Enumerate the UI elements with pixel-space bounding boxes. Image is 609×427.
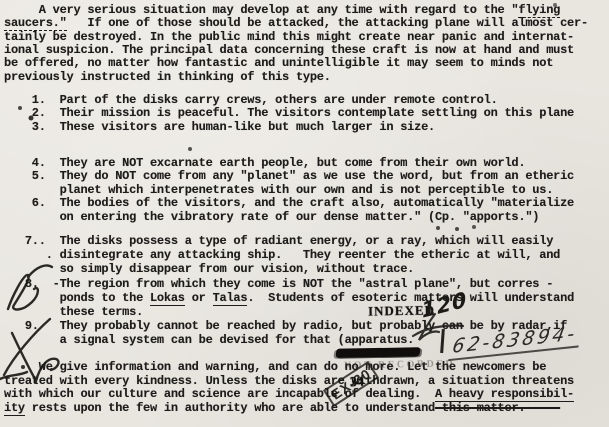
document-line: saucers." If one of those should be atta… [4,17,609,30]
numeric-stamp-34: 34 [350,375,365,392]
document-line: We give information and warning, and can… [4,361,609,375]
document-line: 4. They are NOT excarnate earth people, … [4,157,609,170]
document-line: 5. They do NOT come from any "planet" as… [4,170,609,183]
document-line: planet which interpenetrates with our ow… [4,184,609,197]
document-line: ponds to the Lokas or Talas. Students of… [4,291,609,305]
document-line: 3. These visitors are human-like but muc… [4,121,609,134]
document-line: be offered, no matter how fantastic and … [4,57,609,70]
document-line: 8. -The region from which they come is N… [4,277,609,291]
opening-paragraph: A very serious situation may develop at … [0,4,609,84]
document-line: A very serious situation may develop at … [4,4,609,17]
scan-noise-specks [0,0,2,2]
scanned-memo-page: { "page": { "paper_color": "#e9e6e0", "i… [0,0,609,427]
numbered-items-4-6: 4. They are NOT excarnate earth people, … [0,157,609,224]
handwriting-scrawl-over-text [405,312,471,344]
document-line: 6. The bodies of the visitors, and the c… [4,197,609,210]
numbered-items-1-3: 1. Part of the disks carry crews, others… [0,94,609,134]
closing-paragraph: We give information and warning, and can… [0,361,609,415]
document-line: ional suspicion. The principal data conc… [4,44,609,57]
margin-initials-handwriting [0,255,70,420]
document-line: so simply disappear from our vision, wit… [4,262,609,276]
document-line: 1. Part of the disks carry crews, others… [4,94,609,107]
document-line: on entering the vibratory rate of our de… [4,211,609,224]
document-line: 7.. The disks possess a type of radiant … [4,234,609,248]
document-line: with which our culture and science are i… [4,388,609,402]
document-line: 2. Their mission is peaceful. The visito… [4,107,609,120]
document-line: treated with every kindness. Unless the … [4,375,609,389]
document-line: . disintegrate any attacking ship. They … [4,248,609,262]
document-line: ity rests upon the few in authority who … [4,402,609,416]
document-line: previously instructed in thinking of thi… [4,71,609,84]
document-line: these terms. [4,305,609,319]
redaction-bar [335,347,420,357]
document-line: tainly be destroyed. In the public mind … [4,31,609,44]
